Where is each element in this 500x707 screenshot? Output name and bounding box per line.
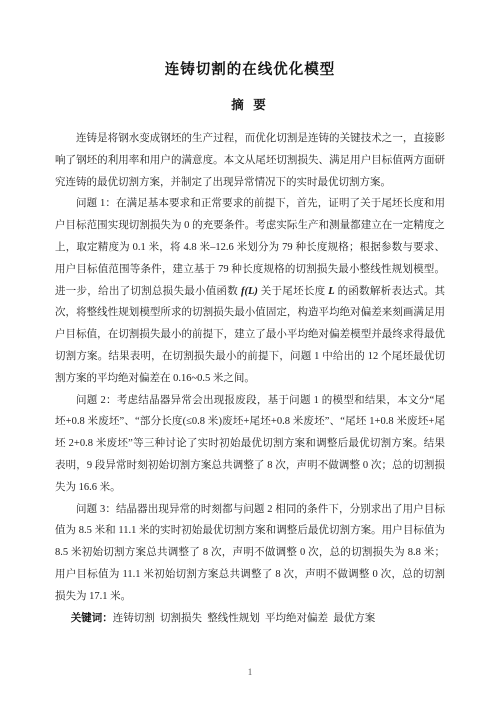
math-f-of-L: f(L)	[241, 286, 258, 297]
keywords-line: 关键词：连铸切割 切割损失 整线性规划 平均绝对偏差 最优方案	[55, 608, 445, 630]
problem1-text-2: 关于尾坯长度	[258, 286, 328, 297]
paragraph-intro: 连铸是将钢水变成钢坯的生产过程，而优化切割是连铸的关键技术之一，直接影响了钢坯的…	[55, 128, 445, 193]
page-number: 1	[0, 667, 500, 677]
paragraph-problem1: 问题 1：在满足基本要求和正常要求的前提下，首先，证明了关于尾坯长度和用户目标范…	[55, 193, 445, 389]
abstract-body: 连铸是将钢水变成钢坯的生产过程，而优化切割是连铸的关键技术之一，直接影响了钢坯的…	[55, 128, 445, 629]
keywords-label: 关键词：	[71, 612, 113, 624]
paragraph-problem2: 问题 2：考虑结晶器异常会出现报废段，基于问题 1 的模型和结果，本文分“尾坯+…	[55, 390, 445, 499]
problem1-text-1: 问题 1：在满足基本要求和正常要求的前提下，首先，证明了关于尾坯长度和用户目标范…	[55, 198, 445, 296]
document-page: 连铸切割的在线优化模型 摘 要 连铸是将钢水变成钢坯的生产过程，而优化切割是连铸…	[0, 0, 500, 707]
keywords-text: 连铸切割 切割损失 整线性规划 平均绝对偏差 最优方案	[113, 613, 376, 624]
paragraph-problem3: 问题 3：结晶器出现异常的时刻都与问题 2 相同的条件下，分别求出了用户目标值为…	[55, 499, 445, 608]
page-title: 连铸切割的在线优化模型	[55, 60, 445, 80]
abstract-heading: 摘 要	[55, 97, 445, 113]
problem1-text-3: 的函数解析表达式。其次，将整线性规划模型所求的切割损失最小值固定，构造平均绝对偏…	[55, 286, 445, 384]
